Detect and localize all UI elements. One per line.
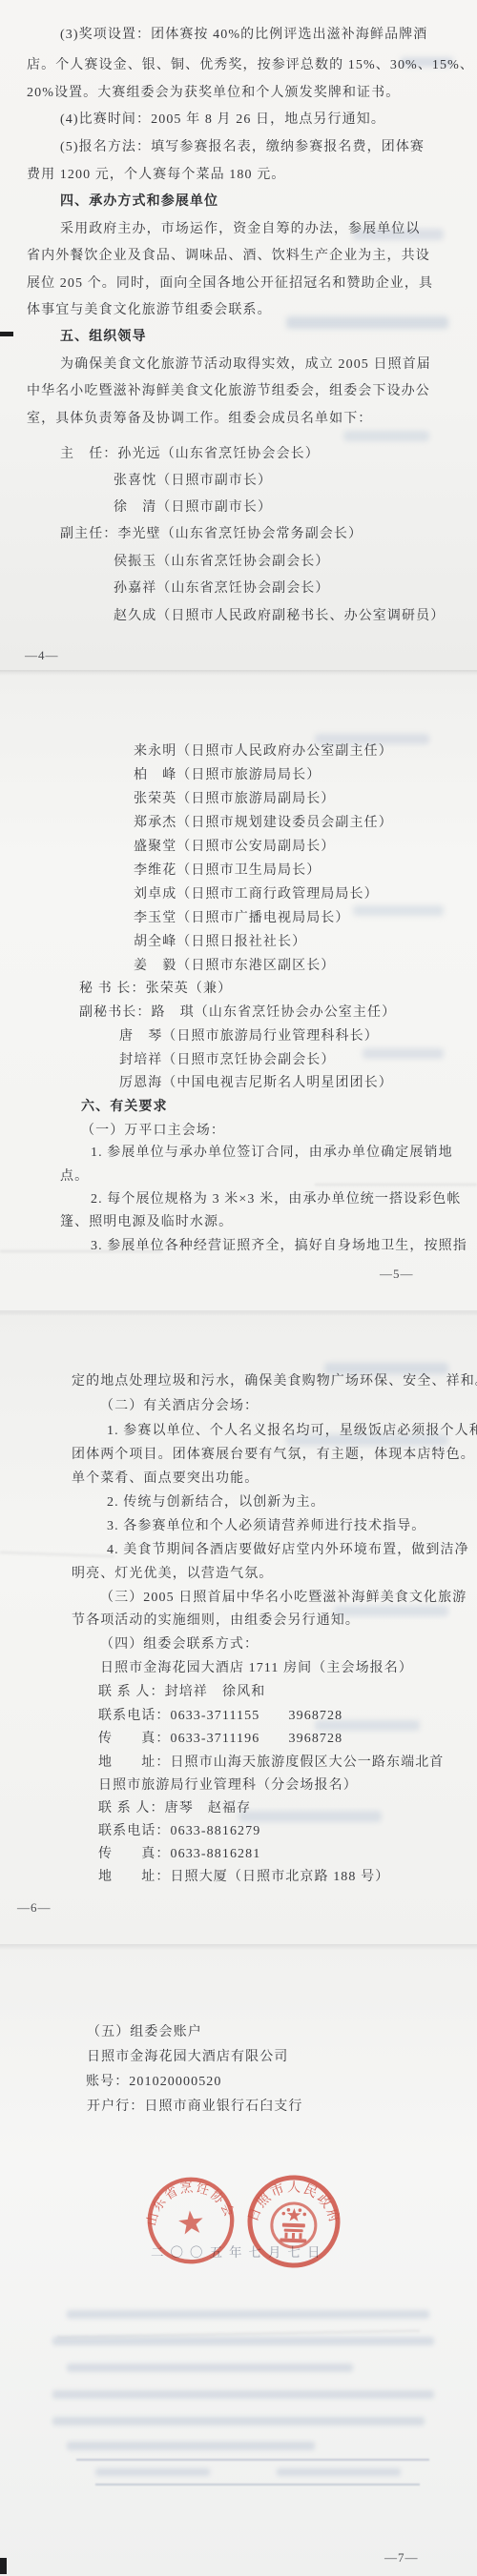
ink-bleed [238,1811,382,1822]
doc-line: 1. 参展单位与承办单位签订合同，由承办单位确定展销地 [91,1146,453,1160]
doc-line: 单个菜肴、面点要突出功能。 [72,1472,259,1486]
committee-member: 主 任：孙光远（山东省烹饪协会会长） [60,448,320,461]
association-seal: 山东省烹饪协会 [140,2170,241,2271]
doc-line: (4)比赛时间：2005 年 8 月 26 日，地点另行通知。 [60,113,385,127]
doc-line: 2. 每个展位规格为 3 米×3 米，由承办单位统一搭设彩色帐 [91,1193,462,1207]
page-number: —6— [17,1900,52,1916]
doc-line: 展位 205 个。同时，面向全国各地公开征招冠名和赞助企业，具 [27,277,433,291]
committee-member: 胡全峰（日照日报社社长） [134,936,306,949]
committee-member: 刘卓成（日照市工商行政管理局局长） [134,888,379,902]
doc-line: (3)奖项设置：团体赛按 40%的比例评选出滋补海鲜品牌酒 [60,29,427,42]
star-icon [177,2209,204,2235]
doc-line: 室，具体负责筹备及协调工作。组委会成员名单如下： [27,413,372,426]
account-line: 账号：201020000520 [86,2076,222,2089]
doc-line: 节各项活动的实施细则，由组委会另行通知。 [72,1614,360,1628]
committee-member: 副主任：李光壁（山东省烹饪协会常务副会长） [60,528,363,541]
committee-member: 张荣英（日照市旅游局副局长） [134,793,335,806]
committee-member: 厉恩海（中国电视吉尼斯名人明星团团长） [119,1077,393,1090]
ink-bleed [67,2310,429,2319]
doc-line: 篷、照明电源及临时水源。 [60,1216,233,1229]
government-seal: 日照市人民政府 [244,2172,342,2270]
page-seam [0,1944,477,1952]
committee-member: 郑承杰（日照市规划建设委员会副主任） [134,817,393,830]
contact-line: 日照市金海花园大酒店 1711 房间（主会场报名） [100,1662,413,1675]
committee-member: 赵久成（日照市人民政府副秘书长、办公室调研员） [114,610,445,623]
page-number: —4— [25,648,59,663]
contact-line: 联系电话：0633-3711155 3968728 [98,1710,342,1723]
contact-line: 传 真：0633-8816281 [98,1848,260,1861]
ink-bleed [324,1363,448,1374]
doc-line: 2. 传统与创新结合，以创新为主。 [107,1496,325,1510]
doc-line: 体事宜与美食文化旅游节组委会联系。 [27,304,272,317]
doc-line: 20%设置。大赛组委会为获奖单位和个人颁发奖牌和证书。 [27,87,400,100]
ink-bleed [52,2390,434,2399]
section-heading: 五、组织领导 [60,331,147,344]
scan-artifact [0,2558,7,2574]
contact-line: 联 系 人：封培祥 徐风和 [98,1686,265,1699]
account-line: 日照市金海花园大酒店有限公司 [87,2051,288,2064]
committee-member: 侯振玉（山东省烹饪协会副会长） [114,556,330,569]
doc-line: 费用 1200 元，个人赛每个菜品 180 元。 [27,169,285,182]
doc-line: 1. 参赛以单位、个人名义报名均可，星级饭店必须报个人和 [107,1425,477,1438]
contact-line: 传 真：0633-3711196 3968728 [98,1733,342,1746]
ink-bleed [67,2363,353,2372]
doc-line: 团体两个项目。团体赛展台要有气氛，有主题，体现本店特色。 [72,1449,475,1462]
ink-bleed [52,2337,434,2345]
ink-bleed [286,316,448,329]
committee-member: 秘 书 长：张荣英（兼） [79,983,232,996]
page-number: —5— [380,1267,414,1282]
doc-line: 4. 美食节期间各酒店要做好店堂内外环境布置，做到洁净 [107,1544,469,1557]
page-seam [0,670,477,678]
contact-line: 地 址：日照市山海天旅游度假区大公一路东端北首 [98,1756,444,1770]
paper-crease [315,1184,477,1186]
document-scan: (3)奖项设置：团体赛按 40%的比例评选出滋补海鲜品牌酒 店。个人赛设金、银、… [0,0,477,2576]
committee-member: 柏 峰（日照市旅游局局长） [134,769,321,782]
doc-line: 店。个人赛设金、银、铜、优秀奖，按参评总数的 15%、30%、15%、 [27,59,474,72]
doc-line: 中华名小吃暨滋补海鲜美食文化旅游节组委会，组委会下设办公 [27,385,430,398]
committee-member: 徐 清（日照市副市长） [114,501,272,515]
page-number: —7— [384,2550,419,2566]
doc-line: 为确保美食文化旅游节活动取得实效，成立 2005 日照首届 [60,358,431,372]
committee-member: 封培祥（日照市烹饪协会副会长） [119,1054,336,1067]
committee-member: 张喜忱（日照市副市长） [114,475,272,488]
doc-line: 3. 参展单位各种经营证照齐全，搞好自身场地卫生，按照指 [91,1240,467,1253]
ink-bleed [67,2442,315,2450]
ink-bleed [315,734,429,744]
subsection-heading: （一）万平口主会场： [81,1125,225,1138]
ink-bleed [343,431,429,441]
contact-line: 日照市旅游局行业管理科（分会场报名） [98,1779,358,1793]
ink-bleed [277,2468,401,2476]
contact-line: 地 址：日照大厦（日照市北京路 188 号） [98,1871,389,1884]
doc-line: 点。 [60,1170,89,1184]
doc-line: （三）2005 日照首届中华名小吃暨滋补海鲜美食文化旅游 [100,1592,467,1605]
ink-bleed [363,1048,444,1059]
ink-bleed [95,2468,210,2476]
committee-member: 孙嘉祥（山东省烹饪协会副会长） [114,582,330,596]
committee-member: 李维花（日照市卫生局局长） [134,864,321,878]
committee-member: 唐 琴（日照市旅游局行业管理科科长） [119,1030,379,1044]
doc-line: (5)报名方法：填写参赛报名表，缴纳参赛报名费，团体赛 [60,141,425,154]
committee-member: 盛聚堂（日照市公安局副局长） [134,841,335,854]
committee-member: 姜 毅（日照市东港区副区长） [134,960,335,973]
ink-bleed-rule [76,2459,429,2461]
committee-member: 副秘书长：路 琪（山东省烹饪协会办公室主任） [79,1006,396,1020]
doc-line: 明亮、灯光优美，以营造气氛。 [72,1568,273,1581]
ink-bleed [52,2417,425,2425]
section-heading: 六、有关要求 [81,1101,168,1114]
national-emblem-icon [271,2202,317,2248]
ink-bleed [353,905,444,916]
scan-artifact [0,332,13,336]
page-seam [0,1310,477,1318]
contact-line: 联系电话：0633-8816279 [98,1825,260,1838]
doc-line: 省内外餐饮企业及食品、调味品、酒、饮料生产企业为主，共设 [27,250,430,263]
subsection-heading: （二）有关酒店分会场： [100,1400,259,1413]
doc-line: 3. 各参赛单位和个人必须请营养师进行技术指导。 [107,1520,425,1533]
account-line: 开户行：日照市商业银行石臼支行 [87,2100,303,2114]
section-heading: 四、承办方式和参展单位 [60,195,218,209]
doc-line: 定的地点处理垃圾和污水，确保美食购物广场环保、安全、祥和。 [72,1375,477,1389]
ink-bleed-rule [95,2484,420,2485]
committee-member: 来永明（日照市人民政府办公室副主任） [134,745,393,759]
subsection-heading: （五）组委会账户 [87,2026,202,2039]
committee-member: 李玉堂（日照市广播电视局局长） [134,912,350,925]
subsection-heading: （四）组委会联系方式： [100,1638,259,1652]
doc-line: 采用政府主办，市场运作，资金自筹的办法，参展单位以 [60,223,421,236]
contact-line: 联 系 人：唐琴 赵福存 [98,1802,251,1815]
